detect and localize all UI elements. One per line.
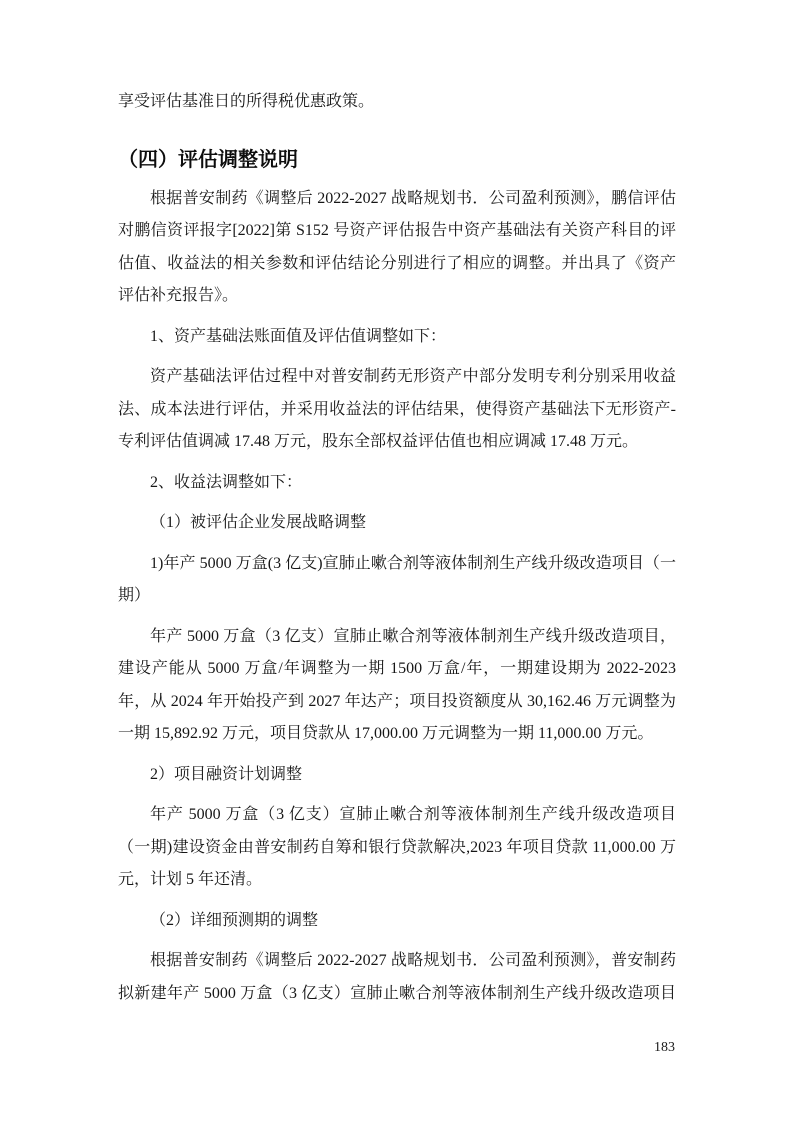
subsection1-title: （1）被评估企业发展战略调整 <box>118 507 676 540</box>
project2-title: 2）项目融资计划调整 <box>118 759 676 792</box>
document-page: 享受评估基准日的所得税优惠政策。 （四）评估调整说明 根据普安制药《调整后 20… <box>0 0 793 1122</box>
paragraph-closing: 根据普安制药《调整后 2022-2027 战略规划书．公司盈利预测》，普安制药拟… <box>118 945 676 1010</box>
paragraph-intro: 根据普安制药《调整后 2022-2027 战略规划书．公司盈利预测》，鹏信评估对… <box>118 183 676 313</box>
item1-title: 1、资产基础法账面值及评估值调整如下： <box>118 321 676 354</box>
section-heading: （四）评估调整说明 <box>118 145 676 175</box>
page-number: 183 <box>654 1040 675 1056</box>
item2-title: 2、收益法调整如下： <box>118 467 676 500</box>
paragraph-continuation: 享受评估基准日的所得税优惠政策。 <box>118 86 676 119</box>
project2-body: 年产 5000 万盒（3 亿支）宣肺止嗽合剂等液体制剂生产线升级改造项目（一期)… <box>118 799 676 897</box>
project1-body: 年产 5000 万盒（3 亿支）宣肺止嗽合剂等液体制剂生产线升级改造项目，建设产… <box>118 621 676 751</box>
project1-title: 1)年产 5000 万盒(3 亿支)宣肺止嗽合剂等液体制剂生产线升级改造项目（一… <box>118 548 676 613</box>
subsection2-title: （2）详细预测期的调整 <box>118 905 676 938</box>
item1-body: 资产基础法评估过程中对普安制药无形资产中部分发明专利分别采用收益法、成本法进行评… <box>118 361 676 459</box>
